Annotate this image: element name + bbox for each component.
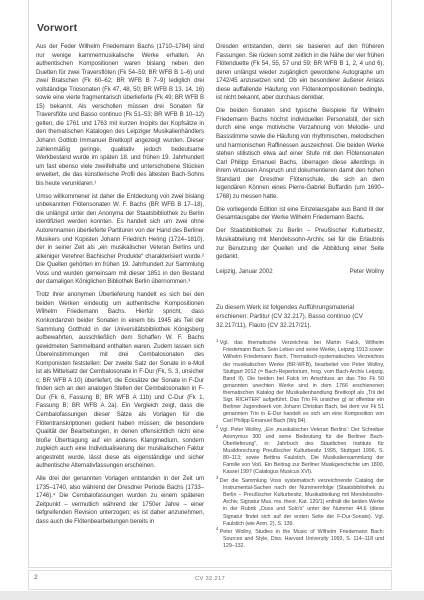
bottom-background-strip bbox=[0, 591, 424, 600]
body-paragraph: Der Staatsbibliothek zu Berlin – Preußis… bbox=[216, 227, 384, 261]
footnote: 1Vgl. das thematische Verzeichnis bei Ma… bbox=[216, 340, 384, 425]
performance-material-note: Zu diesem Werk ist folgendes Aufführungs… bbox=[216, 303, 384, 331]
plate-number: CV 32.217 bbox=[29, 576, 391, 582]
body-paragraph: Umso willkommener ist daher die Entdecku… bbox=[36, 193, 204, 287]
signature-author: Peter Wollny bbox=[350, 268, 384, 277]
body-paragraph: Dresden entstanden, denn sie basieren au… bbox=[216, 43, 384, 103]
page-footer: 2 CV 32.217 bbox=[28, 570, 392, 590]
footnote-text: Vgl. das thematische Verzeichnis bei Mar… bbox=[220, 340, 384, 424]
body-paragraph: Die beiden Sonaten sind typische Beispie… bbox=[216, 107, 384, 201]
body-paragraph: Alle drei der genannten Vorlagen entstan… bbox=[36, 475, 204, 526]
body-paragraph: Die vorliegende Edition ist eine Einzela… bbox=[216, 206, 384, 223]
footnote-text: Peter Wollny, Studies in the Music of Wi… bbox=[220, 529, 384, 549]
preface-page: Vorwort Aus der Feder Wilhelm Friedemann… bbox=[28, 0, 392, 568]
footnote-block: 1Vgl. das thematische Verzeichnis bei Ma… bbox=[216, 340, 384, 556]
page-title: Vorwort bbox=[37, 22, 384, 34]
column-left: Aus der Feder Wilhelm Friedemann Bachs (… bbox=[36, 43, 204, 556]
footnote: 4Peter Wollny, Studies in the Music of W… bbox=[216, 529, 384, 550]
footnote-text: Vgl. Peter Wollny, „Ein ‚musikalischer V… bbox=[220, 427, 384, 476]
footnote-text: Der die Sammlung Voss systematisch verze… bbox=[220, 478, 384, 527]
body-paragraph: Trotz ihrer anonymen Überlieferung hande… bbox=[36, 291, 204, 470]
column-right: Dresden entstanden, denn sie basieren au… bbox=[216, 43, 384, 556]
signature-row: Leipzig, Januar 2002 Peter Wollny bbox=[216, 268, 384, 277]
two-column-text: Aus der Feder Wilhelm Friedemann Bachs (… bbox=[36, 43, 384, 556]
body-paragraph: Aus der Feder Wilhelm Friedemann Bachs (… bbox=[36, 43, 204, 188]
signature-place-date: Leipzig, Januar 2002 bbox=[216, 268, 273, 277]
footnote: 3Der die Sammlung Voss systematisch verz… bbox=[216, 478, 384, 528]
footnote: 2Vgl. Peter Wollny, „Ein ‚musikalischer … bbox=[216, 427, 384, 477]
